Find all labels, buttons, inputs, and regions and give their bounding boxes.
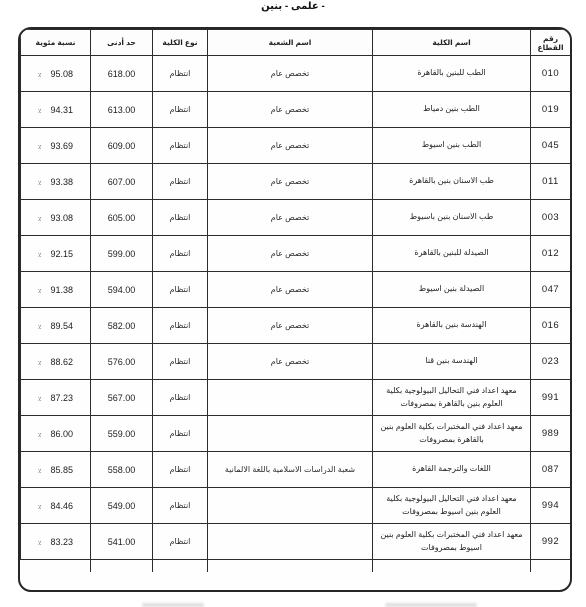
percent-value: 93.69 xyxy=(50,141,73,151)
cell-code: 994 xyxy=(531,488,571,524)
percent-icon: ٪ xyxy=(38,71,42,79)
cell-college: الطب للبنين بالقاهرة xyxy=(373,56,531,92)
cell-type: انتظام xyxy=(153,308,208,344)
percent-value: 89.54 xyxy=(50,321,73,331)
percent-icon: ٪ xyxy=(38,143,42,151)
column-divider-stub xyxy=(207,560,209,572)
cell-code: 012 xyxy=(531,236,571,272)
table-row: 991 معهد اعداد فني التحاليل البيولوجية ب… xyxy=(21,380,571,416)
cell-branch xyxy=(208,416,373,452)
percent-value: 94.31 xyxy=(50,105,73,115)
percent-icon: ٪ xyxy=(38,395,42,403)
cell-college: معهد اعداد فني المختبرات بكلية العلوم بن… xyxy=(373,416,531,452)
percent-value: 86.00 xyxy=(50,429,73,439)
table-row: 989 معهد اعداد فني المختبرات بكلية العلو… xyxy=(21,416,571,452)
cell-pct: ٪89.54 xyxy=(21,308,91,344)
percent-icon: ٪ xyxy=(38,107,42,115)
cell-pct: ٪86.00 xyxy=(21,416,91,452)
column-divider-stub xyxy=(372,560,374,572)
cell-college: الهندسة بنين قنا xyxy=(373,344,531,380)
table-row: 023 الهندسة بنين قنا تخصص عام انتظام 576… xyxy=(21,344,571,380)
percent-icon: ٪ xyxy=(38,359,42,367)
cell-college: طب الاسنان بنين باسيوط xyxy=(373,200,531,236)
header-type: نوع الكلية xyxy=(153,30,208,56)
cell-college: الهندسة بنين بالقاهرة xyxy=(373,308,531,344)
cell-pct: ٪87.23 xyxy=(21,380,91,416)
cell-min: 613.00 xyxy=(91,92,153,128)
cell-min: 558.00 xyxy=(91,452,153,488)
cell-type: انتظام xyxy=(153,380,208,416)
cell-branch: تخصص عام xyxy=(208,236,373,272)
page-edge-artifact xyxy=(142,603,204,607)
table-row: 047 الصيدلة بنين اسيوط تخصص عام انتظام 5… xyxy=(21,272,571,308)
cell-min: 605.00 xyxy=(91,200,153,236)
cell-min: 541.00 xyxy=(91,524,153,560)
cell-min: 599.00 xyxy=(91,236,153,272)
header-pct: نسبة مئوية xyxy=(21,30,91,56)
cell-branch: تخصص عام xyxy=(208,92,373,128)
cell-min: 607.00 xyxy=(91,164,153,200)
percent-value: 93.38 xyxy=(50,177,73,187)
table-row: 045 الطب بنين اسيوط تخصص عام انتظام 609.… xyxy=(21,128,571,164)
cell-branch: تخصص عام xyxy=(208,164,373,200)
cell-code: 023 xyxy=(531,344,571,380)
cell-code: 016 xyxy=(531,308,571,344)
table-row: 011 طب الاسنان بنين بالقاهرة تخصص عام ان… xyxy=(21,164,571,200)
cell-code: 989 xyxy=(531,416,571,452)
header-branch: اسم الشعبة xyxy=(208,30,373,56)
cell-branch xyxy=(208,380,373,416)
cell-branch: تخصص عام xyxy=(208,128,373,164)
cell-type: انتظام xyxy=(153,236,208,272)
header-code: رقم القطاع xyxy=(531,30,571,56)
cell-college: معهد اعداد فني التحاليل البيولوجية بكلية… xyxy=(373,488,531,524)
percent-value: 93.08 xyxy=(50,213,73,223)
percent-value: 92.15 xyxy=(50,249,73,259)
cell-pct: ٪91.38 xyxy=(21,272,91,308)
cell-code: 991 xyxy=(531,380,571,416)
cell-min: 609.00 xyxy=(91,128,153,164)
column-divider-stub xyxy=(152,560,154,572)
cell-type: انتظام xyxy=(153,452,208,488)
cell-branch: تخصص عام xyxy=(208,56,373,92)
cell-code: 019 xyxy=(531,92,571,128)
table-row: 003 طب الاسنان بنين باسيوط تخصص عام انتظ… xyxy=(21,200,571,236)
percent-icon: ٪ xyxy=(38,215,42,223)
percent-icon: ٪ xyxy=(38,503,42,511)
cell-pct: ٪93.08 xyxy=(21,200,91,236)
header-row: رقم القطاع اسم الكلية اسم الشعبة نوع الك… xyxy=(21,30,571,56)
cell-min: 618.00 xyxy=(91,56,153,92)
cell-branch: تخصص عام xyxy=(208,272,373,308)
cell-code: 992 xyxy=(531,524,571,560)
percent-value: 95.08 xyxy=(50,69,73,79)
page-title: - علمى - بنين xyxy=(0,1,586,12)
header-college: اسم الكلية xyxy=(373,30,531,56)
cell-code: 047 xyxy=(531,272,571,308)
table-row: 087 اللغات والترجمة القاهرة شعبة الدراسا… xyxy=(21,452,571,488)
percent-value: 85.85 xyxy=(50,465,73,475)
cell-type: انتظام xyxy=(153,128,208,164)
percent-value: 88.62 xyxy=(50,357,73,367)
cell-min: 567.00 xyxy=(91,380,153,416)
cell-college: الطب بنين اسيوط xyxy=(373,128,531,164)
table-row: 992 معهد اعداد فني المختبرات بكلية العلو… xyxy=(21,524,571,560)
percent-icon: ٪ xyxy=(38,323,42,331)
cell-type: انتظام xyxy=(153,344,208,380)
cell-min: 549.00 xyxy=(91,488,153,524)
percent-value: 87.23 xyxy=(50,393,73,403)
percent-icon: ٪ xyxy=(38,431,42,439)
cell-code: 045 xyxy=(531,128,571,164)
cell-branch: تخصص عام xyxy=(208,344,373,380)
cell-min: 559.00 xyxy=(91,416,153,452)
results-table: رقم القطاع اسم الكلية اسم الشعبة نوع الك… xyxy=(20,29,571,560)
table-row: 010 الطب للبنين بالقاهرة تخصص عام انتظام… xyxy=(21,56,571,92)
cell-branch xyxy=(208,488,373,524)
percent-value: 83.23 xyxy=(50,537,73,547)
percent-icon: ٪ xyxy=(38,179,42,187)
percent-value: 84.46 xyxy=(50,501,73,511)
cell-type: انتظام xyxy=(153,92,208,128)
cell-pct: ٪83.23 xyxy=(21,524,91,560)
cell-branch: تخصص عام xyxy=(208,200,373,236)
header-min: حد أدنى xyxy=(91,30,153,56)
cell-college: معهد اعداد فني المختبرات بكلية العلوم بن… xyxy=(373,524,531,560)
cell-min: 594.00 xyxy=(91,272,153,308)
cell-code: 087 xyxy=(531,452,571,488)
percent-icon: ٪ xyxy=(38,287,42,295)
percent-icon: ٪ xyxy=(38,539,42,547)
cell-type: انتظام xyxy=(153,524,208,560)
cell-college: معهد اعداد فني التحاليل البيولوجية بكلية… xyxy=(373,380,531,416)
cell-type: انتظام xyxy=(153,272,208,308)
table-row: 994 معهد اعداد فني التحاليل البيولوجية ب… xyxy=(21,488,571,524)
cell-college: طب الاسنان بنين بالقاهرة xyxy=(373,164,531,200)
cell-college: الصيدلة بنين اسيوط xyxy=(373,272,531,308)
cell-pct: ٪95.08 xyxy=(21,56,91,92)
column-divider-stub xyxy=(90,560,92,572)
cell-pct: ٪92.15 xyxy=(21,236,91,272)
cell-college: الطب بنين دمياط xyxy=(373,92,531,128)
cell-type: انتظام xyxy=(153,200,208,236)
cell-pct: ٪84.46 xyxy=(21,488,91,524)
cell-code: 010 xyxy=(531,56,571,92)
cell-pct: ٪85.85 xyxy=(21,452,91,488)
table-row: 019 الطب بنين دمياط تخصص عام انتظام 613.… xyxy=(21,92,571,128)
cell-type: انتظام xyxy=(153,488,208,524)
cell-pct: ٪93.38 xyxy=(21,164,91,200)
cell-code: 003 xyxy=(531,200,571,236)
cell-type: انتظام xyxy=(153,164,208,200)
cell-pct: ٪88.62 xyxy=(21,344,91,380)
table-bottom-margin xyxy=(20,560,570,591)
cell-code: 011 xyxy=(531,164,571,200)
cell-branch: تخصص عام xyxy=(208,308,373,344)
cell-type: انتظام xyxy=(153,56,208,92)
cell-min: 582.00 xyxy=(91,308,153,344)
page-edge-artifact xyxy=(385,603,477,607)
percent-value: 91.38 xyxy=(50,285,73,295)
cell-branch xyxy=(208,524,373,560)
results-table-container: رقم القطاع اسم الكلية اسم الشعبة نوع الك… xyxy=(18,27,572,592)
table-row: 012 الصيدلة للبنين بالقاهرة تخصص عام انت… xyxy=(21,236,571,272)
cell-college: الصيدلة للبنين بالقاهرة xyxy=(373,236,531,272)
cell-college: اللغات والترجمة القاهرة xyxy=(373,452,531,488)
cell-pct: ٪94.31 xyxy=(21,92,91,128)
cell-branch: شعبة الدراسات الاسلامية باللغة الالمانية xyxy=(208,452,373,488)
column-divider-stub xyxy=(530,560,532,572)
percent-icon: ٪ xyxy=(38,467,42,475)
cell-min: 576.00 xyxy=(91,344,153,380)
cell-pct: ٪93.69 xyxy=(21,128,91,164)
cell-type: انتظام xyxy=(153,416,208,452)
table-row: 016 الهندسة بنين بالقاهرة تخصص عام انتظا… xyxy=(21,308,571,344)
percent-icon: ٪ xyxy=(38,251,42,259)
